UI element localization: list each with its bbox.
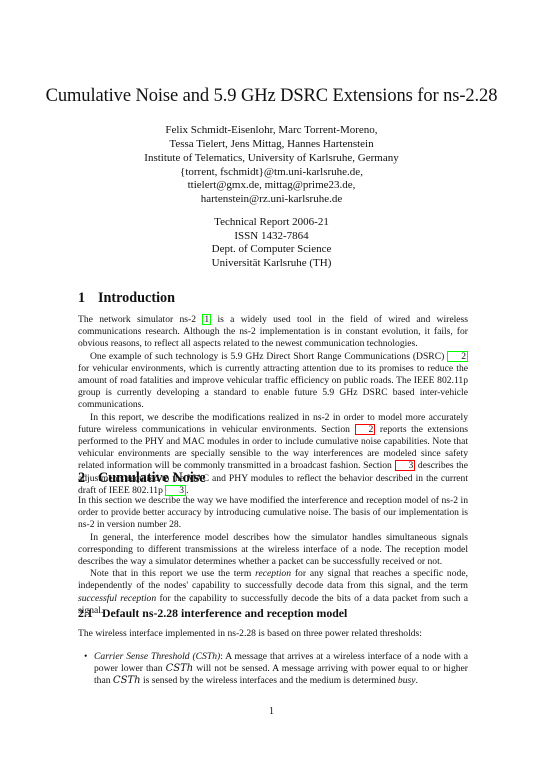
paragraph: In this section we describe the way we h… xyxy=(78,495,468,532)
department: Dept. of Computer Science xyxy=(0,243,543,257)
section-title: Cumulative Noise xyxy=(98,470,206,486)
email-line: ttielert@gmx.de, mittag@prime23.de, xyxy=(0,179,543,193)
subsection-number: 2.1 xyxy=(78,606,102,621)
email-line: hartenstein@rz.uni-karlsruhe.de xyxy=(0,193,543,207)
bullet-icon: • xyxy=(84,651,87,663)
report-number: Technical Report 2006-21 xyxy=(0,216,543,230)
author-list: Felix Schmidt-Eisenlohr, Marc Torrent-Mo… xyxy=(0,124,543,151)
paper-title: Cumulative Noise and 5.9 GHz DSRC Extens… xyxy=(0,86,543,107)
section-heading-cumulative-noise: 2Cumulative Noise xyxy=(78,470,206,487)
page-number: 1 xyxy=(0,706,543,717)
paper-page: Cumulative Noise and 5.9 GHz DSRC Extens… xyxy=(0,0,543,768)
affiliation-line: Institute of Telematics, University of K… xyxy=(0,152,543,166)
citation-link[interactable]: 1 xyxy=(202,314,211,325)
paragraph: The wireless interface implemented in ns… xyxy=(78,628,468,640)
author-line: Tessa Tielert, Jens Mittag, Hannes Harte… xyxy=(0,138,543,152)
section-link[interactable]: 2 xyxy=(355,424,376,435)
email-line: {torrent, fschmidt}@tm.uni-karlsruhe.de, xyxy=(0,166,543,180)
affiliation-block: Institute of Telematics, University of K… xyxy=(0,152,543,207)
cumulative-noise-body: In this section we describe the way we h… xyxy=(78,495,468,617)
author-line: Felix Schmidt-Eisenlohr, Marc Torrent-Mo… xyxy=(0,124,543,138)
default-model-intro: The wireless interface implemented in ns… xyxy=(78,628,468,640)
section-link[interactable]: 3 xyxy=(395,460,416,471)
report-info: Technical Report 2006-21 ISSN 1432-7864 … xyxy=(0,216,543,271)
section-number: 1 xyxy=(78,290,98,307)
university: Universität Karlsruhe (TH) xyxy=(0,257,543,271)
paragraph: The network simulator ns-2 1 is a widely… xyxy=(78,314,468,351)
paragraph: One example of such technology is 5.9 GH… xyxy=(78,351,468,412)
section-number: 2 xyxy=(78,470,98,487)
subsection-heading-default-model: 2.1Default ns-2.28 interference and rece… xyxy=(78,606,347,621)
citation-link[interactable]: 2 xyxy=(447,351,468,362)
section-title: Introduction xyxy=(98,290,175,306)
list-item-carrier-sense-threshold: • Carrier Sense Threshold (CSTh): A mess… xyxy=(94,651,468,688)
section-heading-introduction: 1Introduction xyxy=(78,290,175,307)
subsection-title: Default ns-2.28 interference and recepti… xyxy=(102,606,347,620)
issn: ISSN 1432-7864 xyxy=(0,230,543,244)
paragraph: In general, the interference model descr… xyxy=(78,532,468,569)
